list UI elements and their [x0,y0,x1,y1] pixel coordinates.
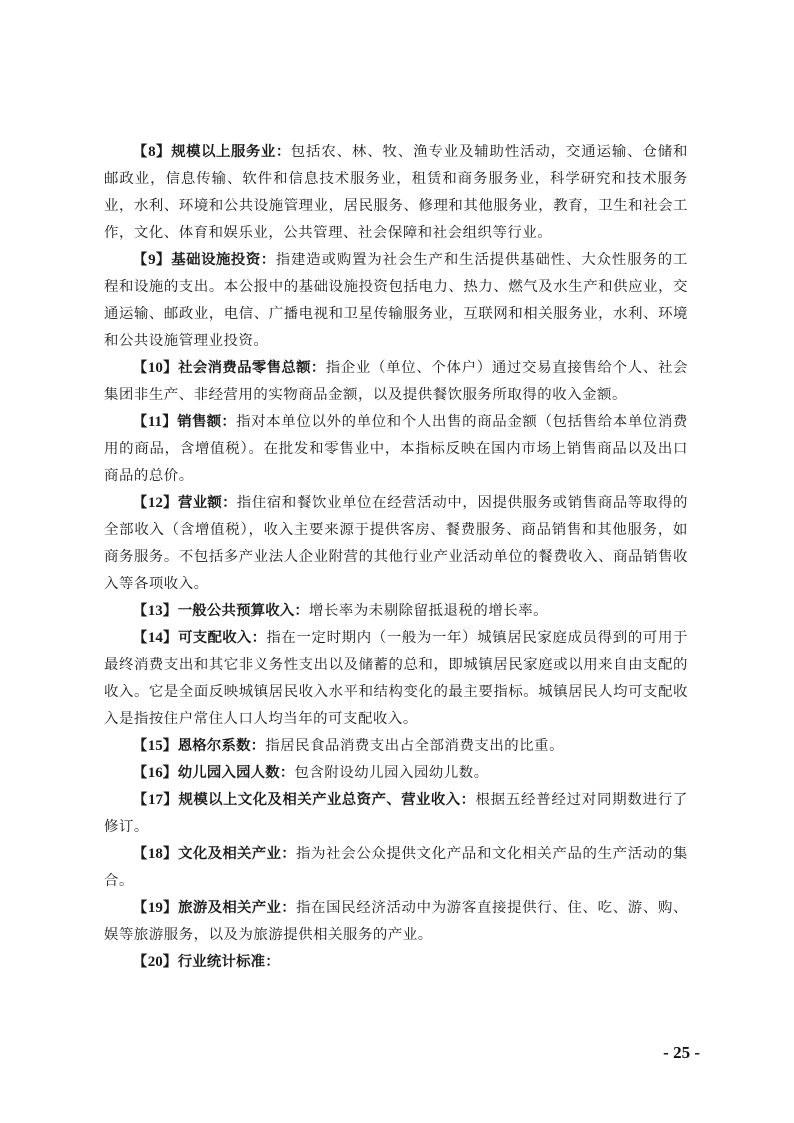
entry-number: 14 [148,630,163,646]
entry-term: 规模以上文化及相关产业总资产、营业收入： [178,792,475,808]
entry-number: 17 [148,792,163,808]
bracket-open: 【 [133,954,148,970]
entry-12: 【12】营业额：指住宿和餐饮业单位在经营活动中，因提供服务或销售商品等取得的全部… [104,490,688,598]
bracket-open: 【 [133,900,148,916]
entry-16: 【16】幼儿园入园人数：包含附设幼儿园入园幼儿数。 [104,760,688,787]
entry-term: 旅游及相关产业： [178,900,296,916]
entry-13: 【13】一般公共预算收入：增长率为未剔除留抵退税的增长率。 [104,598,688,625]
entry-term: 规模以上服务业： [171,144,291,160]
entry-18: 【18】文化及相关产业：指为社会公众提供文化产品和文化相关产品的生产活动的集合。 [104,841,688,895]
entry-number: 19 [148,900,163,916]
bracket-close: 】 [156,252,172,268]
entry-number: 13 [148,603,163,619]
entry-number: 18 [148,846,163,862]
bracket-close: 】 [163,954,178,970]
entry-number: 11 [148,414,162,430]
entry-definition: 指居民食品消费支出占全部消费支出的比重。 [265,738,564,754]
page-number: - 25 - [640,1043,700,1063]
bracket-open: 【 [133,495,148,511]
bracket-close: 】 [163,792,178,808]
bracket-close: 】 [163,603,178,619]
document-body: 【8】规模以上服务业：包括农、林、牧、渔专业及辅助性活动，交通运输、仓储和邮政业… [104,139,688,976]
entry-term: 营业额： [178,495,237,511]
entry-10: 【10】社会消费品零售总额：指企业（单位、个体户）通过交易直接售给个人、社会集团… [104,355,688,409]
bracket-open: 【 [133,738,148,754]
bracket-close: 】 [163,846,178,862]
bracket-open: 【 [133,360,148,376]
bracket-close: 】 [163,900,178,916]
entry-number: 9 [148,252,156,268]
entry-number: 20 [148,954,163,970]
entry-term: 社会消费品零售总额： [178,360,326,376]
entry-11: 【11】销售额：指对本单位以外的单位和个人出售的商品金额（包括售给本单位消费用的… [104,409,688,490]
entry-14: 【14】可支配收入：指在一定时期内（一般为一年）城镇居民家庭成员得到的可用于最终… [104,625,688,733]
bracket-open: 【 [133,846,148,862]
entry-term: 可支配收入： [178,630,266,646]
entry-term: 销售额： [177,414,236,430]
bracket-open: 【 [133,603,148,619]
bracket-close: 】 [163,630,178,646]
entry-number: 12 [148,495,163,511]
entry-term: 文化及相关产业： [178,846,296,862]
entry-number: 10 [148,360,163,376]
entry-number: 16 [148,765,163,781]
entry-term: 基础设施投资： [171,252,276,268]
entry-number: 15 [148,738,163,754]
bracket-close: 】 [163,495,178,511]
bracket-close: 】 [163,738,178,754]
entry-definition: 增长率为未剔除留抵退税的增长率。 [309,603,548,619]
entry-definition: 包含附设幼儿园入园幼儿数。 [294,765,488,781]
bracket-close: 】 [163,765,178,781]
entry-17: 【17】规模以上文化及相关产业总资产、营业收入：根据五经普经过对同期数进行了修订… [104,787,688,841]
entry-19: 【19】旅游及相关产业：指在国民经济活动中为游客直接提供行、住、吃、游、购、娱等… [104,895,688,949]
entry-9: 【9】基础设施投资：指建造或购置为社会生产和生活提供基础性、大众性服务的工程和设… [104,247,688,355]
bracket-close: 】 [163,360,178,376]
bracket-open: 【 [133,630,148,646]
bracket-open: 【 [133,792,148,808]
bracket-open: 【 [133,414,148,430]
entry-8: 【8】规模以上服务业：包括农、林、牧、渔专业及辅助性活动，交通运输、仓储和邮政业… [104,139,688,247]
entry-term: 恩格尔系数： [178,738,266,754]
entry-term: 行业统计标准： [178,954,280,970]
entry-term: 幼儿园入园人数： [178,765,295,781]
bracket-close: 】 [162,414,177,430]
bracket-open: 【 [133,765,148,781]
bracket-close: 】 [156,144,172,160]
bracket-open: 【 [133,252,148,268]
entry-20: 【20】行业统计标准： [104,949,688,976]
entry-term: 一般公共预算收入： [178,603,309,619]
bracket-open: 【 [133,144,148,160]
entry-15: 【15】恩格尔系数：指居民食品消费支出占全部消费支出的比重。 [104,733,688,760]
entry-number: 8 [148,144,156,160]
